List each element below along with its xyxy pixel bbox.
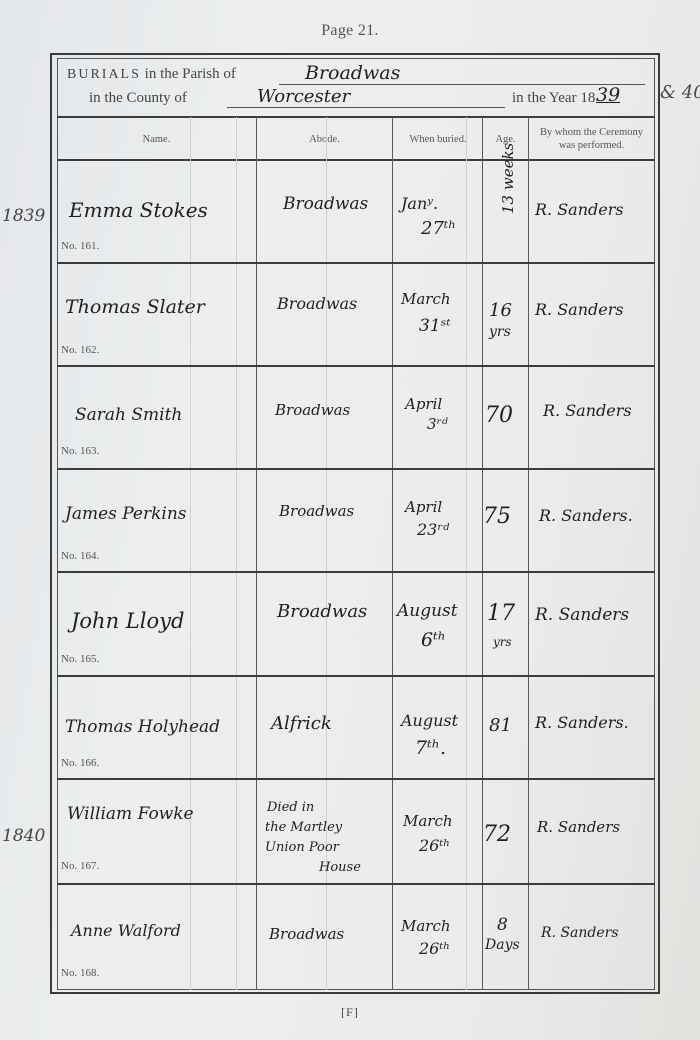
year-label: in the Year 18 bbox=[512, 90, 595, 107]
entry-age-unit: yrs bbox=[493, 635, 512, 649]
register-title-block: BURIALS in the Parish of Broadwas in the… bbox=[57, 58, 655, 116]
margin-year-1840: 1840 bbox=[2, 826, 45, 846]
entry-name: John Lloyd bbox=[71, 609, 184, 633]
column-header-ceremony: By whom the Ceremony was performed. bbox=[528, 118, 655, 160]
county-name: Worcester bbox=[257, 86, 350, 107]
entry-name: James Perkins bbox=[65, 504, 187, 524]
entry-abode: Alfrick bbox=[271, 713, 332, 734]
table-row: Anne Walford No. 168. Broadwas March 26ᵗ… bbox=[57, 885, 655, 990]
entry-abode: Broadwas bbox=[283, 194, 368, 214]
table-row: Emma Stokes No. 161. Broadwas Janʸ. 27ᵗʰ… bbox=[57, 160, 655, 262]
table-row: Sarah Smith No. 163. Broadwas April 3ʳᵈ … bbox=[57, 367, 655, 468]
entry-officiant: R. Sanders bbox=[537, 818, 620, 836]
entry-number: No. 168. bbox=[61, 967, 99, 979]
entry-burial-month: March bbox=[403, 812, 453, 830]
entry-abode: Broadwas bbox=[277, 601, 367, 622]
entry-name: William Fowke bbox=[67, 804, 194, 824]
column-header-name: Name. bbox=[57, 118, 256, 160]
parish-fill-line bbox=[279, 84, 645, 85]
column-header-ceremony-line2: was performed. bbox=[559, 139, 624, 152]
entry-abode: Broadwas bbox=[277, 294, 357, 313]
page-number: Page 21. bbox=[0, 22, 700, 40]
title-parish-label: in the Parish of bbox=[145, 66, 236, 82]
entry-burial-day: 23ʳᵈ bbox=[417, 520, 449, 539]
entry-officiant: R. Sanders bbox=[535, 605, 629, 625]
entry-abode: Broadwas bbox=[275, 401, 350, 419]
printer-signature-mark: [F] bbox=[0, 1005, 700, 1020]
margin-year-1839: 1839 bbox=[2, 206, 45, 226]
entry-burial-day: 31ˢᵗ bbox=[419, 316, 451, 336]
entry-officiant: R. Sanders. bbox=[535, 713, 629, 732]
column-header-when-buried: When buried. bbox=[393, 118, 483, 160]
entry-burial-month: March bbox=[401, 917, 451, 935]
table-row: Thomas Holyhead No. 166. Alfrick August … bbox=[57, 677, 655, 778]
table-row: William Fowke No. 167. Died in the Martl… bbox=[57, 780, 655, 883]
entry-officiant: R. Sanders bbox=[535, 300, 624, 319]
entry-burial-month: Janʸ. bbox=[401, 194, 438, 213]
entry-burial-day: 26ᵗʰ bbox=[419, 939, 450, 958]
entry-age: 70 bbox=[485, 403, 513, 428]
table-row: John Lloyd No. 165. Broadwas August 6ᵗʰ … bbox=[57, 573, 655, 675]
entry-officiant: R. Sanders. bbox=[539, 506, 633, 525]
entry-burial-day: 3ʳᵈ bbox=[427, 415, 448, 433]
entry-burial-day: 26ᵗʰ bbox=[419, 836, 450, 855]
entry-abode: Broadwas bbox=[269, 925, 344, 943]
entry-officiant: R. Sanders bbox=[543, 401, 632, 420]
year-annotation: & 40 bbox=[660, 82, 700, 103]
entry-officiant: R. Sanders bbox=[535, 200, 624, 219]
entry-number: No. 167. bbox=[61, 860, 99, 872]
entry-burial-day: 6ᵗʰ bbox=[421, 629, 446, 651]
title-county-label: in the County of bbox=[89, 90, 187, 106]
entry-age: 81 bbox=[489, 715, 512, 736]
column-header-abode: Abode. bbox=[256, 118, 393, 160]
table-row: James Perkins No. 164. Broadwas April 23… bbox=[57, 470, 655, 571]
entry-age: 13 weeks bbox=[499, 143, 517, 214]
entry-abode-line: Union Poor bbox=[265, 840, 339, 855]
county-fill-line bbox=[227, 107, 505, 108]
year-label-text: in the Year 18 bbox=[512, 90, 595, 106]
entry-age-unit: Days bbox=[485, 937, 520, 953]
entry-age: 75 bbox=[483, 504, 511, 529]
entry-age-unit: yrs bbox=[489, 324, 511, 340]
entry-age: 16 bbox=[489, 300, 512, 321]
entry-burial-month: August bbox=[401, 711, 458, 730]
entry-name: Thomas Holyhead bbox=[65, 717, 220, 737]
entry-abode-line: the Martley bbox=[265, 820, 342, 835]
title-line-county: in the County of bbox=[89, 90, 187, 107]
entry-age: 8 bbox=[497, 915, 508, 935]
entry-abode-line: Died in bbox=[267, 800, 314, 815]
entry-age: 72 bbox=[483, 822, 511, 847]
year-handwritten: 39 bbox=[596, 84, 620, 106]
parish-name: Broadwas bbox=[305, 62, 400, 84]
entry-number: No. 165. bbox=[61, 653, 99, 665]
entry-name: Emma Stokes bbox=[69, 198, 208, 222]
entry-number: No. 162. bbox=[61, 344, 99, 356]
entry-burial-month: April bbox=[405, 498, 442, 516]
entry-burial-day: 7ᵗʰ. bbox=[415, 737, 446, 759]
entry-burial-month: August bbox=[397, 601, 458, 621]
entry-number: No. 161. bbox=[61, 240, 99, 252]
entry-officiant: R. Sanders bbox=[541, 925, 619, 941]
entry-number: No. 164. bbox=[61, 550, 99, 562]
entry-number: No. 163. bbox=[61, 445, 99, 457]
title-line-parish: BURIALS in the Parish of bbox=[67, 66, 236, 83]
entry-abode-line: House bbox=[319, 860, 361, 875]
table-row: Thomas Slater No. 162. Broadwas March 31… bbox=[57, 264, 655, 365]
entry-name: Thomas Slater bbox=[65, 296, 205, 318]
entry-burial-month: April bbox=[405, 395, 442, 413]
entry-number: No. 166. bbox=[61, 757, 99, 769]
entry-name: Sarah Smith bbox=[75, 405, 182, 425]
entry-age: 17 bbox=[487, 601, 515, 626]
entry-burial-day: 27ᵗʰ bbox=[421, 218, 456, 239]
entry-abode: Broadwas bbox=[279, 502, 354, 520]
entry-name: Anne Walford bbox=[71, 921, 181, 940]
title-burials: BURIALS bbox=[67, 67, 141, 82]
entry-burial-month: March bbox=[401, 290, 451, 308]
column-header-ceremony-line1: By whom the Ceremony bbox=[540, 126, 643, 139]
